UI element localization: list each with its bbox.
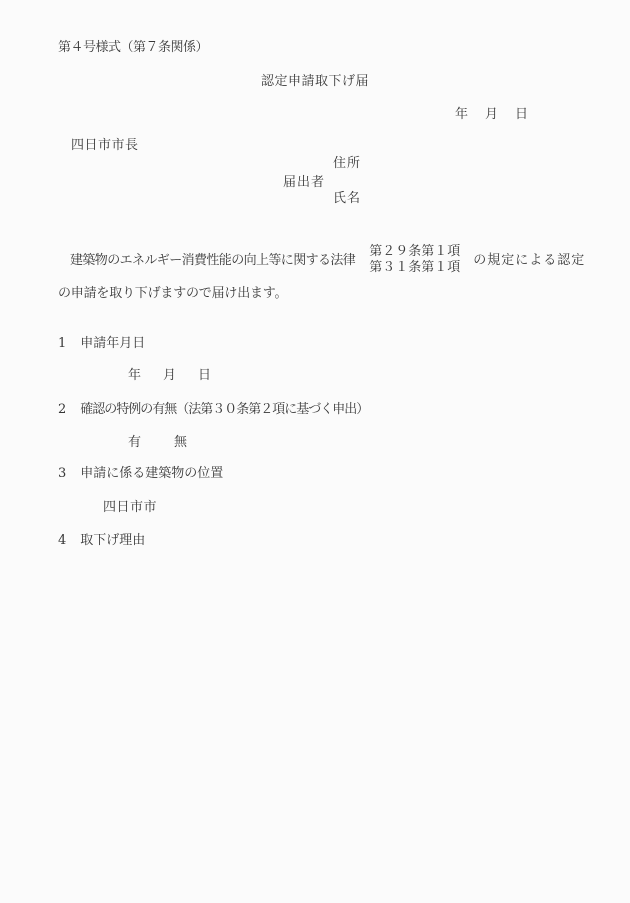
item-building-location-value: 四日市市 xyxy=(103,501,157,514)
date-month-label: 月 xyxy=(485,108,498,121)
item-label: 確認の特例の有無（法第３０条第２項に基づく申出） xyxy=(80,403,368,416)
addressee: 四日市市長 xyxy=(71,139,139,152)
item-confirmation-exception: 2 確認の特例の有無（法第３０条第２項に基づく申出） xyxy=(58,403,368,416)
declarant-label: 届出者 xyxy=(283,176,325,189)
declarant-name-label: 氏名 xyxy=(333,192,361,205)
item-label: 申請に係る建築物の位置 xyxy=(80,467,223,480)
item-number: 3 xyxy=(58,467,66,480)
form-number: 第４号様式（第７条関係） xyxy=(58,41,208,54)
item-building-location: 3 申請に係る建築物の位置 xyxy=(58,467,223,480)
item-label: 申請年月日 xyxy=(80,337,145,350)
date-day-label: 日 xyxy=(515,108,528,121)
article-option-2: 第３１条第１項 xyxy=(369,260,460,276)
article-option-1: 第２９条第１項 xyxy=(369,244,460,260)
law-name-text: 建築物のエネルギー消費性能の向上等に関する法律 xyxy=(70,254,355,267)
item-label: 取下げ理由 xyxy=(80,534,145,547)
main-sentence: 建築物のエネルギー消費性能の向上等に関する法律 第２９条第１項 第３１条第１項 … xyxy=(58,244,585,276)
item-confirmation-exception-options: 有 無 xyxy=(128,436,187,449)
document-title: 認定申請取下げ届 xyxy=(0,75,630,88)
item-number: 4 xyxy=(58,534,66,547)
article-options-stack: 第２９条第１項 第３１条第１項 xyxy=(369,244,460,276)
item-withdrawal-reason: 4 取下げ理由 xyxy=(58,534,145,547)
month-label: 月 xyxy=(163,369,176,382)
option-no: 無 xyxy=(174,436,187,449)
declarant-address-label: 住所 xyxy=(333,157,361,170)
header-date-line: 年 月 日 xyxy=(455,108,528,121)
document-page: 第４号様式（第７条関係） 認定申請取下げ届 年 月 日 四日市市長 届出者 住所… xyxy=(0,0,630,903)
day-label: 日 xyxy=(198,369,211,382)
year-label: 年 xyxy=(128,369,141,382)
main-sentence-line2: の申請を取り下げますので届け出ます。 xyxy=(58,287,287,300)
date-year-label: 年 xyxy=(455,108,468,121)
item-application-date-fields: 年 月 日 xyxy=(128,369,211,382)
item-application-date: 1 申請年月日 xyxy=(58,337,145,350)
item-number: 1 xyxy=(58,337,66,350)
option-yes: 有 xyxy=(128,436,141,449)
item-number: 2 xyxy=(58,403,66,416)
after-articles-text: の規定による認定 xyxy=(473,254,585,267)
